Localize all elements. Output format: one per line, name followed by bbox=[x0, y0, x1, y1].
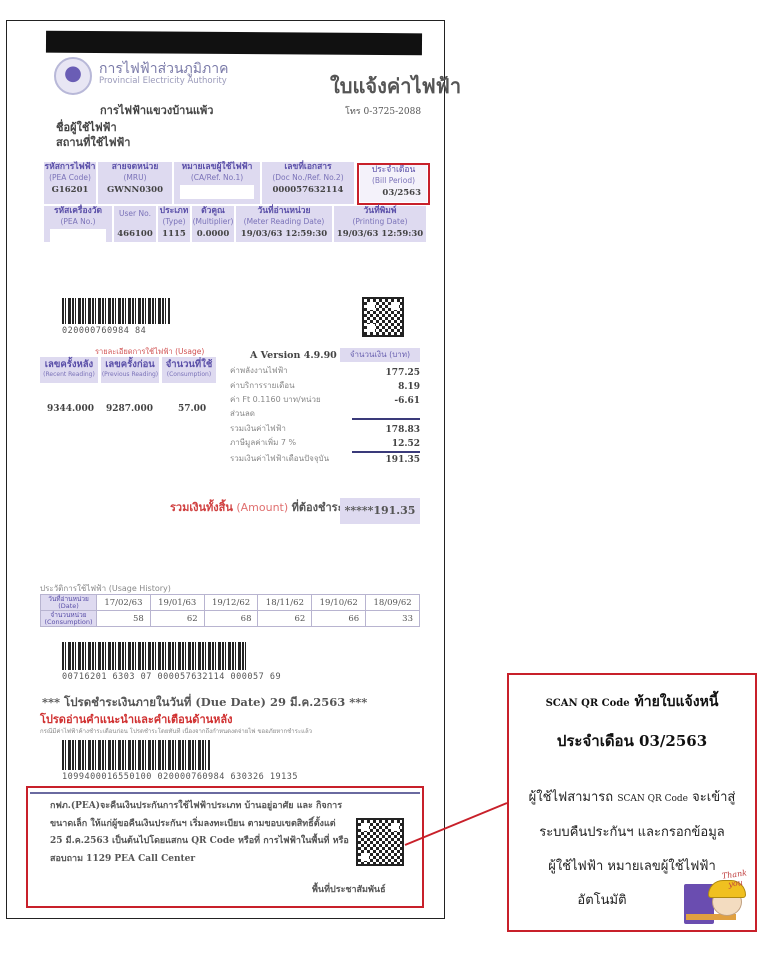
charge-label-vat: ภาษีมูลค่าเพิ่ม 7 % bbox=[230, 436, 296, 449]
info-pea-no: รหัสเครื่องวัด (PEA No.) bbox=[44, 206, 112, 242]
history-consumption-row: จำนวนหน่วย (Consumption) 58 62 68 62 66 … bbox=[41, 611, 420, 627]
info-doc-no: เลขที่เอกสาร (Doc No./Ref. No.2) 0000576… bbox=[262, 162, 354, 204]
authority-name-en: Provincial Electricity Authority bbox=[99, 76, 227, 86]
reading-previous-header: เลขครั้งก่อน (Previous Reading) bbox=[101, 357, 159, 383]
usage-history-table: วันที่อ่านหน่วย (Date) 17/02/63 19/01/63… bbox=[40, 594, 420, 627]
customer-address-label: สถานที่ใช้ไฟฟ้า bbox=[56, 133, 130, 151]
qr-code-top-icon bbox=[362, 297, 404, 337]
subtotal-rule bbox=[352, 418, 420, 420]
promo-divider bbox=[30, 792, 420, 794]
info-ca-ref: หมายเลขผู้ใช้ไฟฟ้า (CA/Ref. No.1) bbox=[174, 162, 260, 204]
callout-heading: SCAN QR Code ท้ายใบแจ้งหนี้ bbox=[509, 691, 755, 713]
promo-sign: พื้นที่ประชาสัมพันธ์ bbox=[312, 882, 386, 896]
barcode-customer-number: 020000760984 84 bbox=[62, 326, 146, 336]
info-printing-date: วันที่พิมพ์ (Printing Date) 19/03/63 12:… bbox=[334, 206, 426, 242]
barcode-bank bbox=[62, 740, 210, 770]
charge-value-vat: 12.52 bbox=[392, 439, 420, 449]
charge-label-service: ค่าบริการรายเดือน bbox=[230, 379, 295, 392]
reading-recent-header: เลขครั้งหลัง (Recent Reading) bbox=[40, 357, 98, 383]
charge-value-service: 8.19 bbox=[398, 382, 420, 392]
info-mru: สายจดหน่วย (MRU) GWNN0300 bbox=[98, 162, 172, 204]
bill-document bbox=[6, 20, 445, 919]
office-phone: โทร 0-3725-2088 bbox=[345, 104, 421, 118]
charge-label-ft: ค่า Ft 0.1160 บาท/หน่วย bbox=[230, 393, 321, 406]
charge-value-energy: 177.25 bbox=[386, 368, 420, 378]
charge-value-subtotal: 178.83 bbox=[386, 425, 420, 435]
callout-box: SCAN QR Code ท้ายใบแจ้งหนี้ ประจำเดือน 0… bbox=[507, 673, 757, 932]
charge-label-discount: ส่วนลด bbox=[230, 407, 255, 420]
qr-code-refund-icon[interactable] bbox=[356, 818, 404, 866]
info-user-no: User No. 466100 bbox=[114, 206, 156, 242]
barcode-payment-number: 00716201 6303 07 000057632114 000057 69 bbox=[62, 672, 281, 682]
charge-label-subtotal: รวมเงินค่าไฟฟ้า bbox=[230, 422, 286, 435]
bill-period-highlight bbox=[357, 163, 430, 205]
redaction-bar bbox=[46, 31, 422, 56]
total-rule bbox=[352, 451, 420, 453]
reading-consumption-value: 57.00 bbox=[178, 404, 206, 414]
info-meter-reading-date: วันที่อ่านหน่วย (Meter Reading Date) 19/… bbox=[236, 206, 332, 242]
barcode-payment bbox=[62, 642, 246, 670]
pea-logo-icon bbox=[54, 57, 92, 95]
charge-value-ft: -6.61 bbox=[394, 396, 420, 406]
pea-no-redacted bbox=[50, 229, 106, 243]
reading-consumption-header: จำนวนที่ใช้ (Consumption) bbox=[162, 357, 216, 383]
mascot-thank-you-icon: Thank you bbox=[684, 870, 756, 930]
promo-text: กฟภ.(PEA)จะคืนเงินประกันการใช้ไฟฟ้าประเภ… bbox=[50, 798, 350, 868]
charge-label-energy: ค่าพลังงานไฟฟ้า bbox=[230, 364, 288, 377]
total-due-amount: *****191.35 bbox=[340, 498, 420, 524]
charge-value-current-total: 191.35 bbox=[386, 455, 420, 465]
info-type: ประเภท (Type) 1115 bbox=[158, 206, 190, 242]
version-label: A Version 4.9.90 #1 bbox=[250, 350, 355, 361]
bill-title: ใบแจ้งค่าไฟฟ้า bbox=[330, 70, 461, 102]
overdue-fine-print: กรณีมีค่าไฟฟ้าค้างชำระเดือนก่อน โปรดชำระ… bbox=[40, 726, 312, 736]
info-pea-code: รหัสการไฟฟ้า (PEA Code) G16201 bbox=[44, 162, 96, 204]
reading-previous-value: 9287.000 bbox=[106, 404, 153, 414]
ca-ref-redacted bbox=[180, 185, 254, 199]
amount-header: จำนวนเงิน (บาท) bbox=[340, 348, 420, 362]
history-date-row: วันที่อ่านหน่วย (Date) 17/02/63 19/01/63… bbox=[41, 595, 420, 611]
office-name: การไฟฟ้าแขวงบ้านแพ้ว bbox=[100, 101, 213, 119]
callout-period: ประจำเดือน 03/2563 bbox=[509, 729, 755, 753]
info-multiplier: ตัวคูณ (Multiplier) 0.0000 bbox=[192, 206, 234, 242]
reading-recent-value: 9344.000 bbox=[47, 404, 94, 414]
barcode-customer bbox=[62, 298, 170, 324]
charge-label-current-total: รวมเงินค่าไฟฟ้าเดือนปัจจุบัน bbox=[230, 452, 329, 465]
barcode-bank-number: 1099400016550100 020000760984 630326 191… bbox=[62, 772, 298, 782]
total-due-label: รวมเงินทั้งสิ้น (Amount) ที่ต้องชำระ bbox=[170, 498, 344, 516]
